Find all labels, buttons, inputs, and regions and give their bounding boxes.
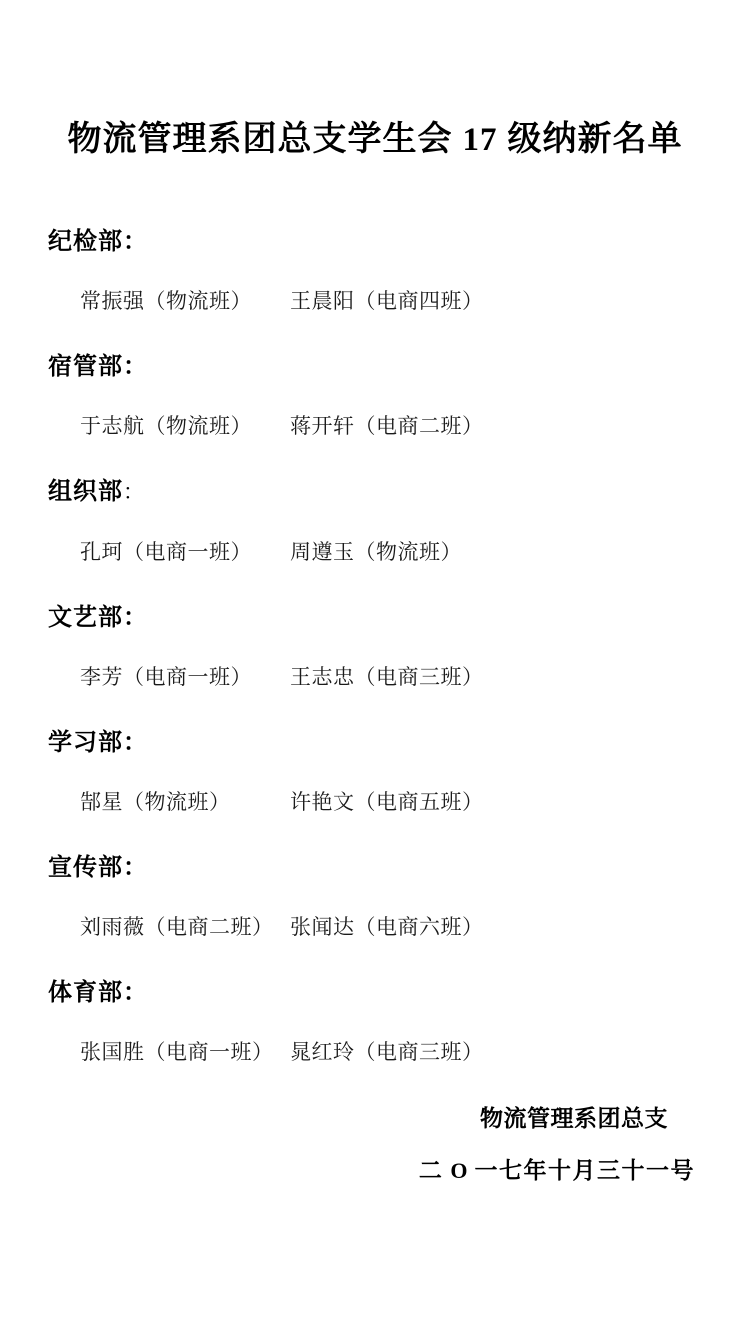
member-entry: 周遵玉（物流班） xyxy=(290,540,462,566)
department-colon: ： xyxy=(123,481,145,504)
department-header: 文艺部： xyxy=(48,605,710,630)
title-suffix: 级纳新名单 xyxy=(508,120,683,158)
member-name: 蒋开轩 xyxy=(290,415,355,438)
member-row: 常振强（物流班） 王晨阳（电商四班） xyxy=(48,289,710,315)
member-name: 周遵玉 xyxy=(290,541,355,564)
member-name: 张国胜 xyxy=(80,1041,145,1064)
department-colon: ： xyxy=(123,228,148,255)
department-colon: ： xyxy=(123,604,148,631)
member-name: 王志忠 xyxy=(290,666,355,689)
member-class: （电商六班） xyxy=(355,916,484,939)
member-class: （电商二班） xyxy=(355,415,484,438)
department-label: 宣传部 xyxy=(48,854,123,881)
member-class: （电商一班） xyxy=(145,1041,274,1064)
member-class: （物流班） xyxy=(355,541,463,564)
member-entry: 刘雨薇（电商二班） xyxy=(80,915,290,941)
member-class: （电商一班） xyxy=(123,541,252,564)
member-entry: 王志忠（电商三班） xyxy=(290,665,484,691)
department-colon: ： xyxy=(123,729,148,756)
department-label: 体育部 xyxy=(48,979,123,1006)
date-suffix: 一七年十月三十一号 xyxy=(475,1157,696,1183)
member-name: 晁红玲 xyxy=(290,1041,355,1064)
date-line: 二O一七年十月三十一号 xyxy=(419,1158,695,1183)
department-label: 文艺部 xyxy=(48,604,123,631)
department-colon: ： xyxy=(123,854,148,881)
member-class: （物流班） xyxy=(145,415,253,438)
member-name: 张闻达 xyxy=(290,916,355,939)
member-row: 于志航（物流班） 蒋开轩（电商二班） xyxy=(48,414,710,440)
member-name: 于志航 xyxy=(80,415,145,438)
member-class: （电商一班） xyxy=(123,666,252,689)
department-section: 纪检部： 常振强（物流班） 王晨阳（电商四班） xyxy=(48,229,710,315)
member-entry: 晁红玲（电商三班） xyxy=(290,1040,484,1066)
member-row: 孔珂（电商一班） 周遵玉（物流班） xyxy=(48,540,710,566)
page-title: 物流管理系团总支学生会17级纳新名单 xyxy=(0,0,750,161)
department-section: 宣传部： 刘雨薇（电商二班） 张闻达（电商六班） xyxy=(48,855,710,941)
department-section: 组织部： 孔珂（电商一班） 周遵玉（物流班） xyxy=(48,479,710,566)
member-class: （电商四班） xyxy=(355,290,484,313)
member-row: 郜星（物流班） 许艳文（电商五班） xyxy=(48,790,710,816)
department-header: 组织部： xyxy=(48,479,710,505)
signature-line: 物流管理系团总支 xyxy=(480,1106,668,1130)
department-section: 体育部： 张国胜（电商一班） 晁红玲（电商三班） xyxy=(48,980,710,1066)
title-prefix: 物流管理系团总支学生会 xyxy=(68,120,453,158)
date-letter-o: O xyxy=(450,1158,467,1183)
member-entry: 许艳文（电商五班） xyxy=(290,790,484,816)
member-entry: 于志航（物流班） xyxy=(80,414,290,440)
department-label: 组织部 xyxy=(48,478,123,505)
member-row: 刘雨薇（电商二班） 张闻达（电商六班） xyxy=(48,915,710,941)
member-name: 常振强 xyxy=(80,290,145,313)
member-class: （电商三班） xyxy=(355,666,484,689)
document-page: 物流管理系团总支学生会17级纳新名单 纪检部： 常振强（物流班） 王晨阳（电商四… xyxy=(0,0,750,1334)
member-entry: 张闻达（电商六班） xyxy=(290,915,484,941)
member-class: （物流班） xyxy=(145,290,253,313)
department-header: 纪检部： xyxy=(48,229,710,254)
member-entry: 张国胜（电商一班） xyxy=(80,1040,290,1066)
member-row: 李芳（电商一班） 王志忠（电商三班） xyxy=(48,665,710,691)
member-class: （电商五班） xyxy=(355,791,484,814)
department-colon: ： xyxy=(123,979,148,1006)
document-footer: 物流管理系团总支 二O一七年十月三十一号 xyxy=(0,1106,750,1183)
member-name: 李芳 xyxy=(80,666,123,689)
department-colon: ： xyxy=(123,353,148,380)
department-header: 宿管部： xyxy=(48,354,710,379)
title-grade-number: 17 xyxy=(463,122,498,158)
department-section: 文艺部： 李芳（电商一班） 王志忠（电商三班） xyxy=(48,605,710,691)
department-label: 学习部 xyxy=(48,729,123,756)
department-label: 宿管部 xyxy=(48,353,123,380)
member-entry: 蒋开轩（电商二班） xyxy=(290,414,484,440)
member-class: （电商二班） xyxy=(145,916,274,939)
department-header: 体育部： xyxy=(48,980,710,1005)
member-name: 郜星 xyxy=(80,791,123,814)
member-entry: 孔珂（电商一班） xyxy=(80,540,290,566)
member-entry: 李芳（电商一班） xyxy=(80,665,290,691)
member-class: （物流班） xyxy=(123,791,231,814)
member-entry: 王晨阳（电商四班） xyxy=(290,289,484,315)
member-entry: 郜星（物流班） xyxy=(80,790,290,816)
member-name: 王晨阳 xyxy=(290,290,355,313)
member-row: 张国胜（电商一班） 晁红玲（电商三班） xyxy=(48,1040,710,1066)
member-name: 刘雨薇 xyxy=(80,916,145,939)
member-entry: 常振强（物流班） xyxy=(80,289,290,315)
department-section: 宿管部： 于志航（物流班） 蒋开轩（电商二班） xyxy=(48,354,710,440)
sections-container: 纪检部： 常振强（物流班） 王晨阳（电商四班） 宿管部： 于志航（物流班） 蒋开… xyxy=(0,229,750,1066)
member-name: 孔珂 xyxy=(80,541,123,564)
department-label: 纪检部 xyxy=(48,228,123,255)
department-header: 宣传部： xyxy=(48,855,710,880)
date-prefix: 二 xyxy=(419,1157,444,1183)
department-header: 学习部： xyxy=(48,730,710,755)
member-name: 许艳文 xyxy=(290,791,355,814)
department-section: 学习部： 郜星（物流班） 许艳文（电商五班） xyxy=(48,730,710,816)
member-class: （电商三班） xyxy=(355,1041,484,1064)
